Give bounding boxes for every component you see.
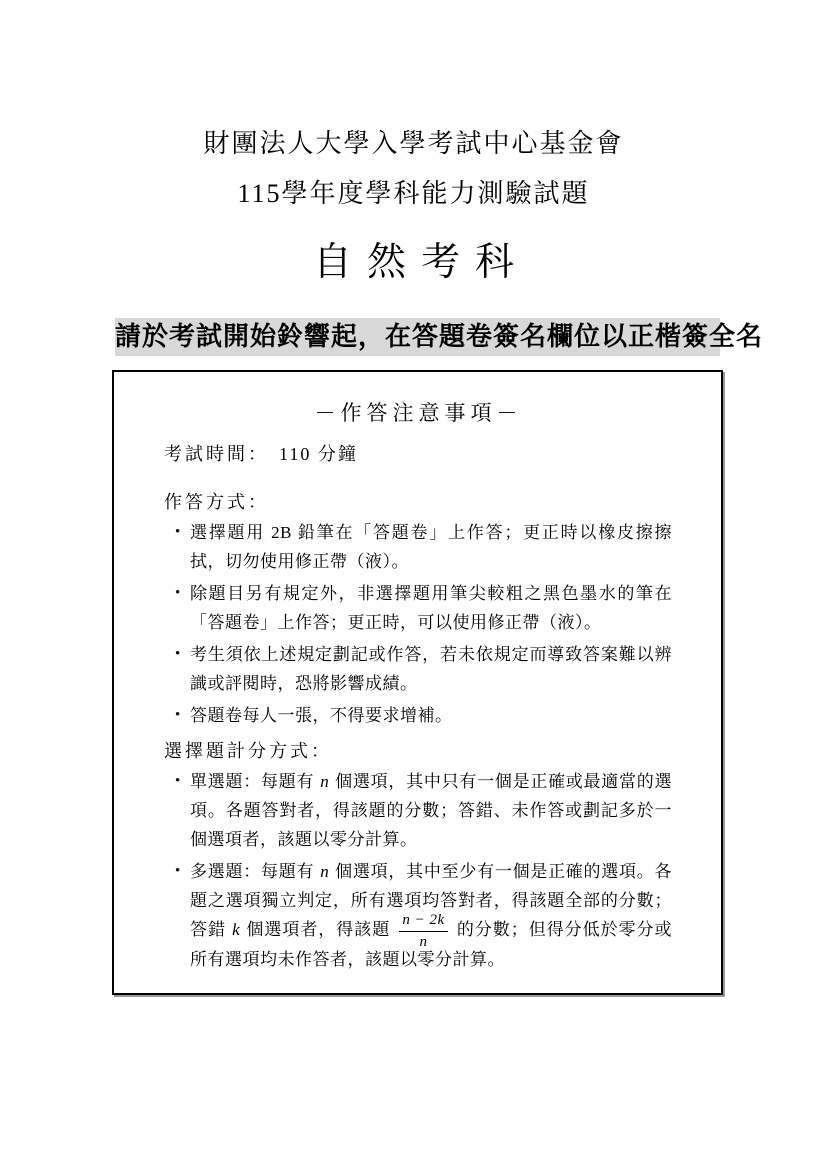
scoring-item: 多選題：每題有 n 個選項，其中至少有一個是正確的選項。各題之選項獨立判定，所有… (190, 857, 672, 974)
exam-cover-page: 財團法人大學入學考試中心基金會 115學年度學科能力測驗試題 自然考科 請於考試… (0, 0, 827, 1170)
notice-box: －作答注意事項－ 考試時間：110 分鐘 作答方式： 選擇題用 2B 鉛筆在「答… (112, 370, 723, 995)
organization-title: 財團法人大學入學考試中心基金會 (0, 0, 827, 162)
exam-time-label: 考試時間： (164, 444, 269, 464)
exam-time-line: 考試時間：110 分鐘 (164, 441, 673, 467)
subject-title: 自然考科 (0, 240, 827, 286)
answer-method-item: 除題目另有規定外，非選擇題用筆尖較粗之黑色墨水的筆在「答題卷」上作答；更正時，可… (190, 579, 672, 637)
scoring-list: 單選題：每題有 n 個選項，其中只有一個是正確或最適當的選項。各題答對者，得該題… (164, 767, 673, 974)
exam-time-value: 110 分鐘 (279, 444, 358, 464)
answer-method-item: 考生須依上述規定劃記或作答，若未依規定而導致答案難以辨識或評閱時，恐將影響成績。 (190, 640, 672, 698)
signature-notice-bar: 請於考試開始鈴響起，在答題卷簽名欄位以正楷簽全名 (115, 318, 720, 356)
answer-method-item: 答題卷每人一張，不得要求增補。 (190, 701, 672, 730)
fraction: n − 2kn (399, 912, 447, 950)
scoring-label: 選擇題計分方式： (164, 738, 673, 764)
exam-year-title: 115學年度學科能力測驗試題 (0, 176, 827, 212)
scoring-item: 單選題：每題有 n 個選項，其中只有一個是正確或最適當的選項。各題答對者，得該題… (190, 767, 672, 854)
answer-method-list: 選擇題用 2B 鉛筆在「答題卷」上作答；更正時以橡皮擦擦拭，切勿使用修正帶（液）… (164, 518, 673, 730)
answer-method-label: 作答方式： (164, 489, 673, 515)
answer-method-item: 選擇題用 2B 鉛筆在「答題卷」上作答；更正時以橡皮擦擦拭，切勿使用修正帶（液）… (190, 518, 672, 576)
notice-box-title: －作答注意事項－ (164, 398, 673, 428)
